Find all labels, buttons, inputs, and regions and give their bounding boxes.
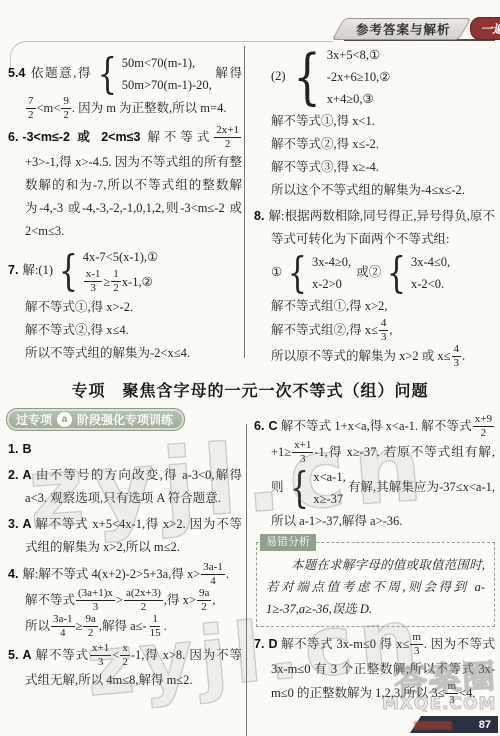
math-text: . [164, 619, 167, 633]
page-header: 参考答案与解析 一遍过 [338, 17, 494, 40]
paragraph: (2){3x+5<8,①-2x+6≥10,②x+4≥0,③ [271, 44, 495, 110]
fraction: 9a2 [83, 613, 97, 639]
answer-item-7: 7.解:(1){4x-7<5(x-1),①x-13≥12x-1,②解不等式①,得… [8, 246, 242, 365]
paragraph: 7.解:(1){4x-7<5(x-1),①x-13≥12x-1,② [25, 246, 242, 296]
item-number: 3. [8, 517, 18, 531]
math-text: 解不等式组①,得 x>2, [271, 299, 387, 313]
math-text: 解不等式②,得 x≤4. [25, 323, 129, 337]
equation-system: {4x-7<5(x-1),①x-13≥12x-1,② [55, 247, 158, 295]
math-text: 解不等式①,得 x>-2. [25, 300, 133, 314]
fraction-denominator: 2 [223, 138, 233, 151]
fraction-numerator: 3a-1 [201, 561, 225, 575]
system-lines: 3x-4≤0,x-2<0. [411, 252, 450, 294]
item-number: 6. [8, 130, 18, 144]
fraction-numerator: 1 [111, 268, 121, 282]
math-text: 解:(1) [22, 263, 53, 277]
answer-item-8: 8.解:根据两数相除,同号得正,异号得负,原不等式可转化为下面两个不等式组:①{… [254, 205, 495, 370]
fraction-numerator: x+1 [90, 642, 111, 656]
paragraph: ①{3x-4≥0,x-2>0 或②{3x-4≤0,x-2<0. [271, 251, 495, 295]
equation-system: {3x-4≤0,x-2<0. [383, 252, 450, 294]
math-text: 由不等号的方向改变,得 a-3<0,解得 a<3. 观察选项,只有选项 A 符合… [25, 468, 242, 505]
badge-circle-icon: a [57, 412, 72, 427]
fraction: 72 [26, 95, 36, 121]
answer-bold: -3<m≤-2 或 2<m≤3 [22, 130, 140, 144]
math-text: 解不等式 x+5<4x-1,得 x>2. 因为不等式组的解集为 x>2,所以 m… [25, 517, 242, 554]
fraction-denominator: 2 [479, 427, 489, 440]
system-lines: 3x+5<8,①-2x+6≥10,②x+4≥0,③ [327, 45, 391, 109]
paragraph: 6.-3<m≤-2 或 2<m≤3 解不等式2x+12+3>-1,得 x>-4.… [25, 125, 242, 243]
answer-item-4: 4.解:解不等式 4(x+2)-2>5+3a,得 x>3a-14.解不等式(3a… [8, 562, 242, 640]
header-ribbon-label: 参考答案与解析 [338, 18, 465, 40]
math-text: 50m<70(m-1), [122, 53, 195, 73]
paragraph: 所以3a-14≥9a2,解得 a≤-115. [25, 614, 242, 640]
math-text: . [226, 567, 229, 581]
math-text: 依题意,得 [29, 66, 92, 80]
fraction-denominator: 3 [88, 282, 98, 295]
paragraph: 解不等式组①,得 x>2, [271, 295, 495, 318]
math-text: 3x+5<8,① [327, 45, 380, 65]
math-text: > [116, 593, 123, 607]
fraction-denominator: 4 [208, 575, 218, 588]
fraction-numerator: a(2x+3) [124, 587, 163, 601]
answer-bold: B [22, 442, 31, 456]
fraction-numerator: 4 [379, 317, 389, 331]
answer-item-7d: 7.D 解不等式 3x-m≤0 得 x≤m3. 因为不等式 3x-m≤0 有 3… [254, 632, 495, 707]
fraction-denominator: 3 [447, 694, 457, 707]
answer-item-7-part2: (2){3x+5<8,①-2x+6≥10,②x+4≥0,③解不等式①,得 x<1… [254, 44, 495, 202]
fraction-denominator: 3 [96, 656, 106, 669]
paragraph: 解不等式(3a+1)x3>a(2x+3)2,得 x>9a2, [25, 588, 242, 614]
math-text: (2) [271, 69, 286, 83]
paragraph: 解不等式②,得 x≤-2. [271, 133, 495, 156]
math-text: 解不等式 [31, 648, 89, 662]
math-text: x-2>0 [312, 274, 342, 294]
fraction: x2 [120, 642, 130, 668]
math-text: 解:解不等式 4(x+2)-2>5+3a,得 x> [22, 567, 200, 581]
fraction-numerator: 9a [83, 613, 97, 627]
paragraph: 6.C 解不等式 1+x<a,得 x<a-1. 解不等式x+92+1≥x+13-… [271, 414, 495, 533]
system-line: 3x-4≤0, [411, 252, 450, 272]
math-text: +1≥ [271, 445, 291, 459]
math-text: 解不等式 1+x<a,得 x<a-1. 解不等式 [277, 419, 471, 433]
math-text: <4. [459, 686, 475, 700]
paragraph: 所以原不等式的解集为 x>2 或 x≤43. [271, 344, 495, 370]
answer-item-6c: 6.C 解不等式 1+x<a,得 x<a-1. 解不等式x+92+1≥x+13-… [254, 414, 495, 533]
paragraph: 7.D 解不等式 3x-m≤0 得 x≤m3. 因为不等式 3x-m≤0 有 3… [271, 632, 495, 707]
fraction-denominator: 3 [412, 645, 422, 658]
fraction-numerator: 1 [150, 613, 160, 627]
fraction-denominator: 4 [58, 627, 68, 640]
system-line: x-13≥12x-1,② [83, 269, 159, 295]
brand-logo-badge: 一遍过 [470, 17, 500, 40]
fraction-denominator: 3 [452, 357, 462, 370]
math-text: <m< [37, 101, 61, 115]
system-lines: x<a-1,x≥-37 [313, 467, 345, 509]
system-line: 4x-7<5(x-1),① [83, 247, 159, 267]
item-number: 6. [254, 419, 264, 433]
paragraph: 8.解:根据两数相除,同号得正,异号得负,原不等式可转化为下面两个不等式组: [271, 205, 495, 251]
equation-system: {3x+5<8,①-2x+6≥10,②x+4≥0,③ [288, 45, 391, 109]
fraction-numerator: (3a+1)x [76, 587, 115, 601]
system-line: x<a-1, [313, 467, 345, 487]
fraction-denominator: 2 [139, 601, 149, 614]
math-text: ,解得 a≤- [99, 619, 147, 633]
math-text: 所以不等式组的解集为-2<x≤4. [25, 346, 190, 360]
answer-item-1: 1.B [8, 438, 242, 461]
fraction-numerator: x-1 [84, 268, 103, 282]
math-text: 3x-4≤0, [411, 252, 450, 272]
column-divider-top [244, 46, 245, 358]
brace-icon: { [289, 469, 308, 507]
paragraph: 所以这个不等式组的解集为-4≤x≤-2. [271, 179, 495, 202]
equation-system: {50m<70(m-1),50m>70(m-1)-20, [94, 53, 212, 95]
system-line: x-2<0. [411, 274, 450, 294]
item-number: 7. [254, 637, 264, 651]
system-line: 50m>70(m-1)-20, [122, 75, 212, 95]
fraction-denominator: 15 [148, 627, 163, 640]
fraction-denominator: 3 [379, 331, 389, 344]
brace-icon: { [387, 254, 406, 292]
fraction-numerator: 7 [26, 95, 36, 109]
error-analysis-text: 本题在求解字母的值或取值范围时,若对端点值考虑不周,则会得到 a-1≥-37,a… [266, 554, 485, 620]
math-text: 解得 [214, 66, 242, 80]
math-text: 所以 [25, 619, 50, 633]
paragraph: 2.A 由不等号的方向改变,得 a-3<0,解得 a<3. 观察选项,只有选项 … [25, 464, 242, 510]
fraction-numerator: m [445, 680, 458, 694]
math-text: 解:根据两数相除,同号得正,异号得负,原不等式可转化为下面两个不等式组: [268, 209, 495, 246]
column-divider-bottom [246, 424, 247, 736]
fraction-denominator: 2 [86, 627, 96, 640]
fraction-numerator: 2x+1 [214, 124, 241, 138]
fraction: x+13 [292, 439, 313, 465]
math-text: 4x-7<5(x-1),① [83, 247, 159, 267]
system-line: x+4≥0,③ [327, 89, 391, 109]
brace-icon: { [288, 254, 307, 292]
math-text: . 因为 m 为正整数,所以 m=4. [72, 101, 227, 115]
fraction-numerator: m [410, 631, 423, 645]
answer-item-6: 6.-3<m≤-2 或 2<m≤3 解不等式2x+12+3>-1,得 x>-4.… [8, 125, 242, 243]
brace-icon: { [59, 252, 78, 290]
fraction-denominator: 2 [199, 601, 209, 614]
math-text: . [462, 349, 465, 363]
item-number: 2. [8, 468, 18, 482]
math-text: 解不等式①,得 x<1. [271, 114, 375, 128]
equation-system: {3x-4≥0,x-2>0 [284, 252, 351, 294]
paragraph: 5.4依题意,得{50m<70(m-1),50m>70(m-1)-20,解得 7… [25, 52, 242, 122]
column-right-bottom: 6.C 解不等式 1+x<a,得 x<a-1. 解不等式x+92+1≥x+13-… [254, 414, 495, 710]
fraction: x+92 [473, 413, 494, 439]
answer-item-5: 5.A 解不等式x+13<x2-1,得 x>8. 因为不等式组无解,所以 4m≤… [8, 643, 242, 692]
paragraph: 所以不等式组的解集为-2<x≤4. [25, 342, 242, 365]
math-text: +3>-1,得 x>-4.5. 因为不等式组的所有整数解的和为-7,所以不等式组… [25, 155, 242, 238]
fraction: 43 [379, 317, 389, 343]
paragraph: 3.A 解不等式 x+5<4x-1,得 x>2. 因为不等式组的解集为 x>2,… [25, 513, 242, 559]
math-text: x-1,② [122, 272, 153, 292]
math-text: 解不等式 3x-m≤0 得 x≤ [277, 637, 409, 651]
item-number: 8. [254, 209, 264, 223]
fraction-denominator: 2 [26, 109, 36, 122]
fraction: 9a2 [197, 587, 211, 613]
fraction: x-13 [84, 268, 103, 294]
fraction-numerator: 9 [61, 95, 71, 109]
fraction: m3 [445, 680, 458, 706]
paragraph: 解不等式①,得 x<1. [271, 110, 495, 133]
math-text: 所以这个不等式组的解集为-4≤x≤-2. [271, 183, 465, 197]
math-text: x≥-37 [313, 489, 343, 509]
math-text: 解不等式组②,得 x≤ [271, 323, 378, 337]
item-number: 5.4 [8, 66, 25, 80]
error-analysis-box: 易错分析 本题在求解字母的值或取值范围时,若对端点值考虑不周,则会得到 a-1≥… [256, 542, 495, 627]
training-badge: 过专项 a 阶段强化专项训练 [6, 408, 185, 431]
paragraph: 5.A 解不等式x+13<x2-1,得 x>8. 因为不等式组无解,所以 4m≤… [25, 643, 242, 692]
paragraph: 4.解:解不等式 4(x+2)-2>5+3a,得 x>3a-14. [25, 562, 242, 588]
error-analysis-tag: 易错分析 [260, 534, 316, 551]
training-badge-right-label: 阶段强化专项训练 [77, 411, 173, 428]
paragraph: 解不等式③,得 x≥-4. [271, 156, 495, 179]
fraction-denominator: 2 [111, 282, 121, 295]
math-text: x-2<0. [411, 274, 444, 294]
fraction-numerator: x [120, 642, 130, 656]
math-text: 或② [353, 265, 381, 279]
math-text: , [389, 323, 392, 337]
math-text: 3x-4≥0, [312, 252, 351, 272]
math-text: < [112, 648, 119, 662]
footer-red-mark [414, 721, 452, 730]
paragraph: 解不等式组②,得 x≤43, [271, 318, 495, 344]
fraction: (3a+1)x3 [76, 587, 115, 613]
fraction: 115 [148, 613, 163, 639]
brace-icon: { [98, 55, 117, 93]
answer-item-3: 3.A 解不等式 x+5<4x-1,得 x>2. 因为不等式组的解集为 x>2,… [8, 513, 242, 559]
fraction: 12 [111, 268, 121, 294]
column-left-bottom: 1.B 2.A 由不等号的方向改变,得 a-3<0,解得 a<3. 观察选项,只… [8, 438, 242, 695]
answer-item-5-4: 5.4依题意,得{50m<70(m-1),50m>70(m-1)-20,解得 7… [8, 52, 242, 122]
fraction-denominator: 2 [120, 656, 130, 669]
equation-system: {x<a-1,x≥-37 [286, 467, 346, 509]
system-line: x-2>0 [312, 274, 351, 294]
system-lines: 3x-4≥0,x-2>0 [312, 252, 351, 294]
math-text: 解不等式②,得 x≤-2. [271, 137, 379, 151]
column-right-top: (2){3x+5<8,①-2x+6≥10,②x+4≥0,③解不等式①,得 x<1… [254, 44, 495, 373]
section-title: 专项 聚焦含字母的一元一次不等式（组）问题 [0, 378, 500, 401]
item-number: 1. [8, 442, 18, 456]
item-number: 7. [8, 263, 18, 277]
fraction: 43 [452, 343, 462, 369]
fraction-numerator: 4 [452, 343, 462, 357]
math-text: -2x+6≥10,② [327, 67, 391, 87]
fraction: a(2x+3)2 [124, 587, 163, 613]
paragraph: 解不等式②,得 x≤4. [25, 319, 242, 342]
fraction-numerator: x+1 [292, 439, 313, 453]
math-text: ≥ [103, 272, 110, 292]
math-text: x<a-1, [313, 467, 345, 487]
training-badge-left-label: 过专项 [16, 411, 52, 428]
system-lines: 50m<70(m-1),50m>70(m-1)-20, [122, 53, 212, 95]
system-lines: 4x-7<5(x-1),①x-13≥12x-1,② [83, 247, 159, 295]
math-text: ,得 x> [164, 593, 196, 607]
math-text: x+4≥0,③ [327, 89, 374, 109]
item-number: 4. [8, 567, 18, 581]
fraction-numerator: x+9 [473, 413, 494, 427]
answer-item-2: 2.A 由不等号的方向改变,得 a-3<0,解得 a<3. 观察选项,只有选项 … [8, 464, 242, 510]
paragraph: 1.B [25, 438, 242, 461]
fraction: 2x+12 [214, 124, 241, 150]
fraction-denominator: 3 [91, 601, 101, 614]
page-number: 87 [479, 719, 491, 731]
math-text: ≥ [76, 619, 83, 633]
system-line: 50m<70(m-1), [122, 53, 212, 73]
paragraph: 解不等式①,得 x>-2. [25, 296, 242, 319]
fraction: 3a-14 [201, 561, 225, 587]
fraction: 92 [61, 95, 71, 121]
item-number: 5. [8, 648, 18, 662]
fraction-numerator: 9a [197, 587, 211, 601]
math-text: ① [271, 265, 282, 279]
fraction-numerator: 3a-1 [51, 613, 75, 627]
fraction: m3 [410, 631, 423, 657]
math-text: 50m>70(m-1)-20, [122, 75, 212, 95]
system-line: -2x+6≥10,② [327, 67, 391, 87]
math-text: 解不等式 [140, 130, 213, 144]
column-left-top: 5.4依题意,得{50m<70(m-1),50m>70(m-1)-20,解得 7… [8, 52, 242, 368]
math-text: 所以原不等式的解集为 x>2 或 x≤ [271, 349, 451, 363]
system-line: x≥-37 [313, 489, 345, 509]
brace-icon: { [293, 50, 320, 104]
math-text: 解不等式 [25, 593, 75, 607]
system-line: 3x+5<8,① [327, 45, 391, 65]
math-text: 解不等式③,得 x≥-4. [271, 160, 379, 174]
fraction: 3a-14 [51, 613, 75, 639]
fraction: x+13 [90, 642, 111, 668]
math-text: , [212, 593, 215, 607]
system-line: 3x-4≥0, [312, 252, 351, 272]
fraction-denominator: 2 [61, 109, 71, 122]
